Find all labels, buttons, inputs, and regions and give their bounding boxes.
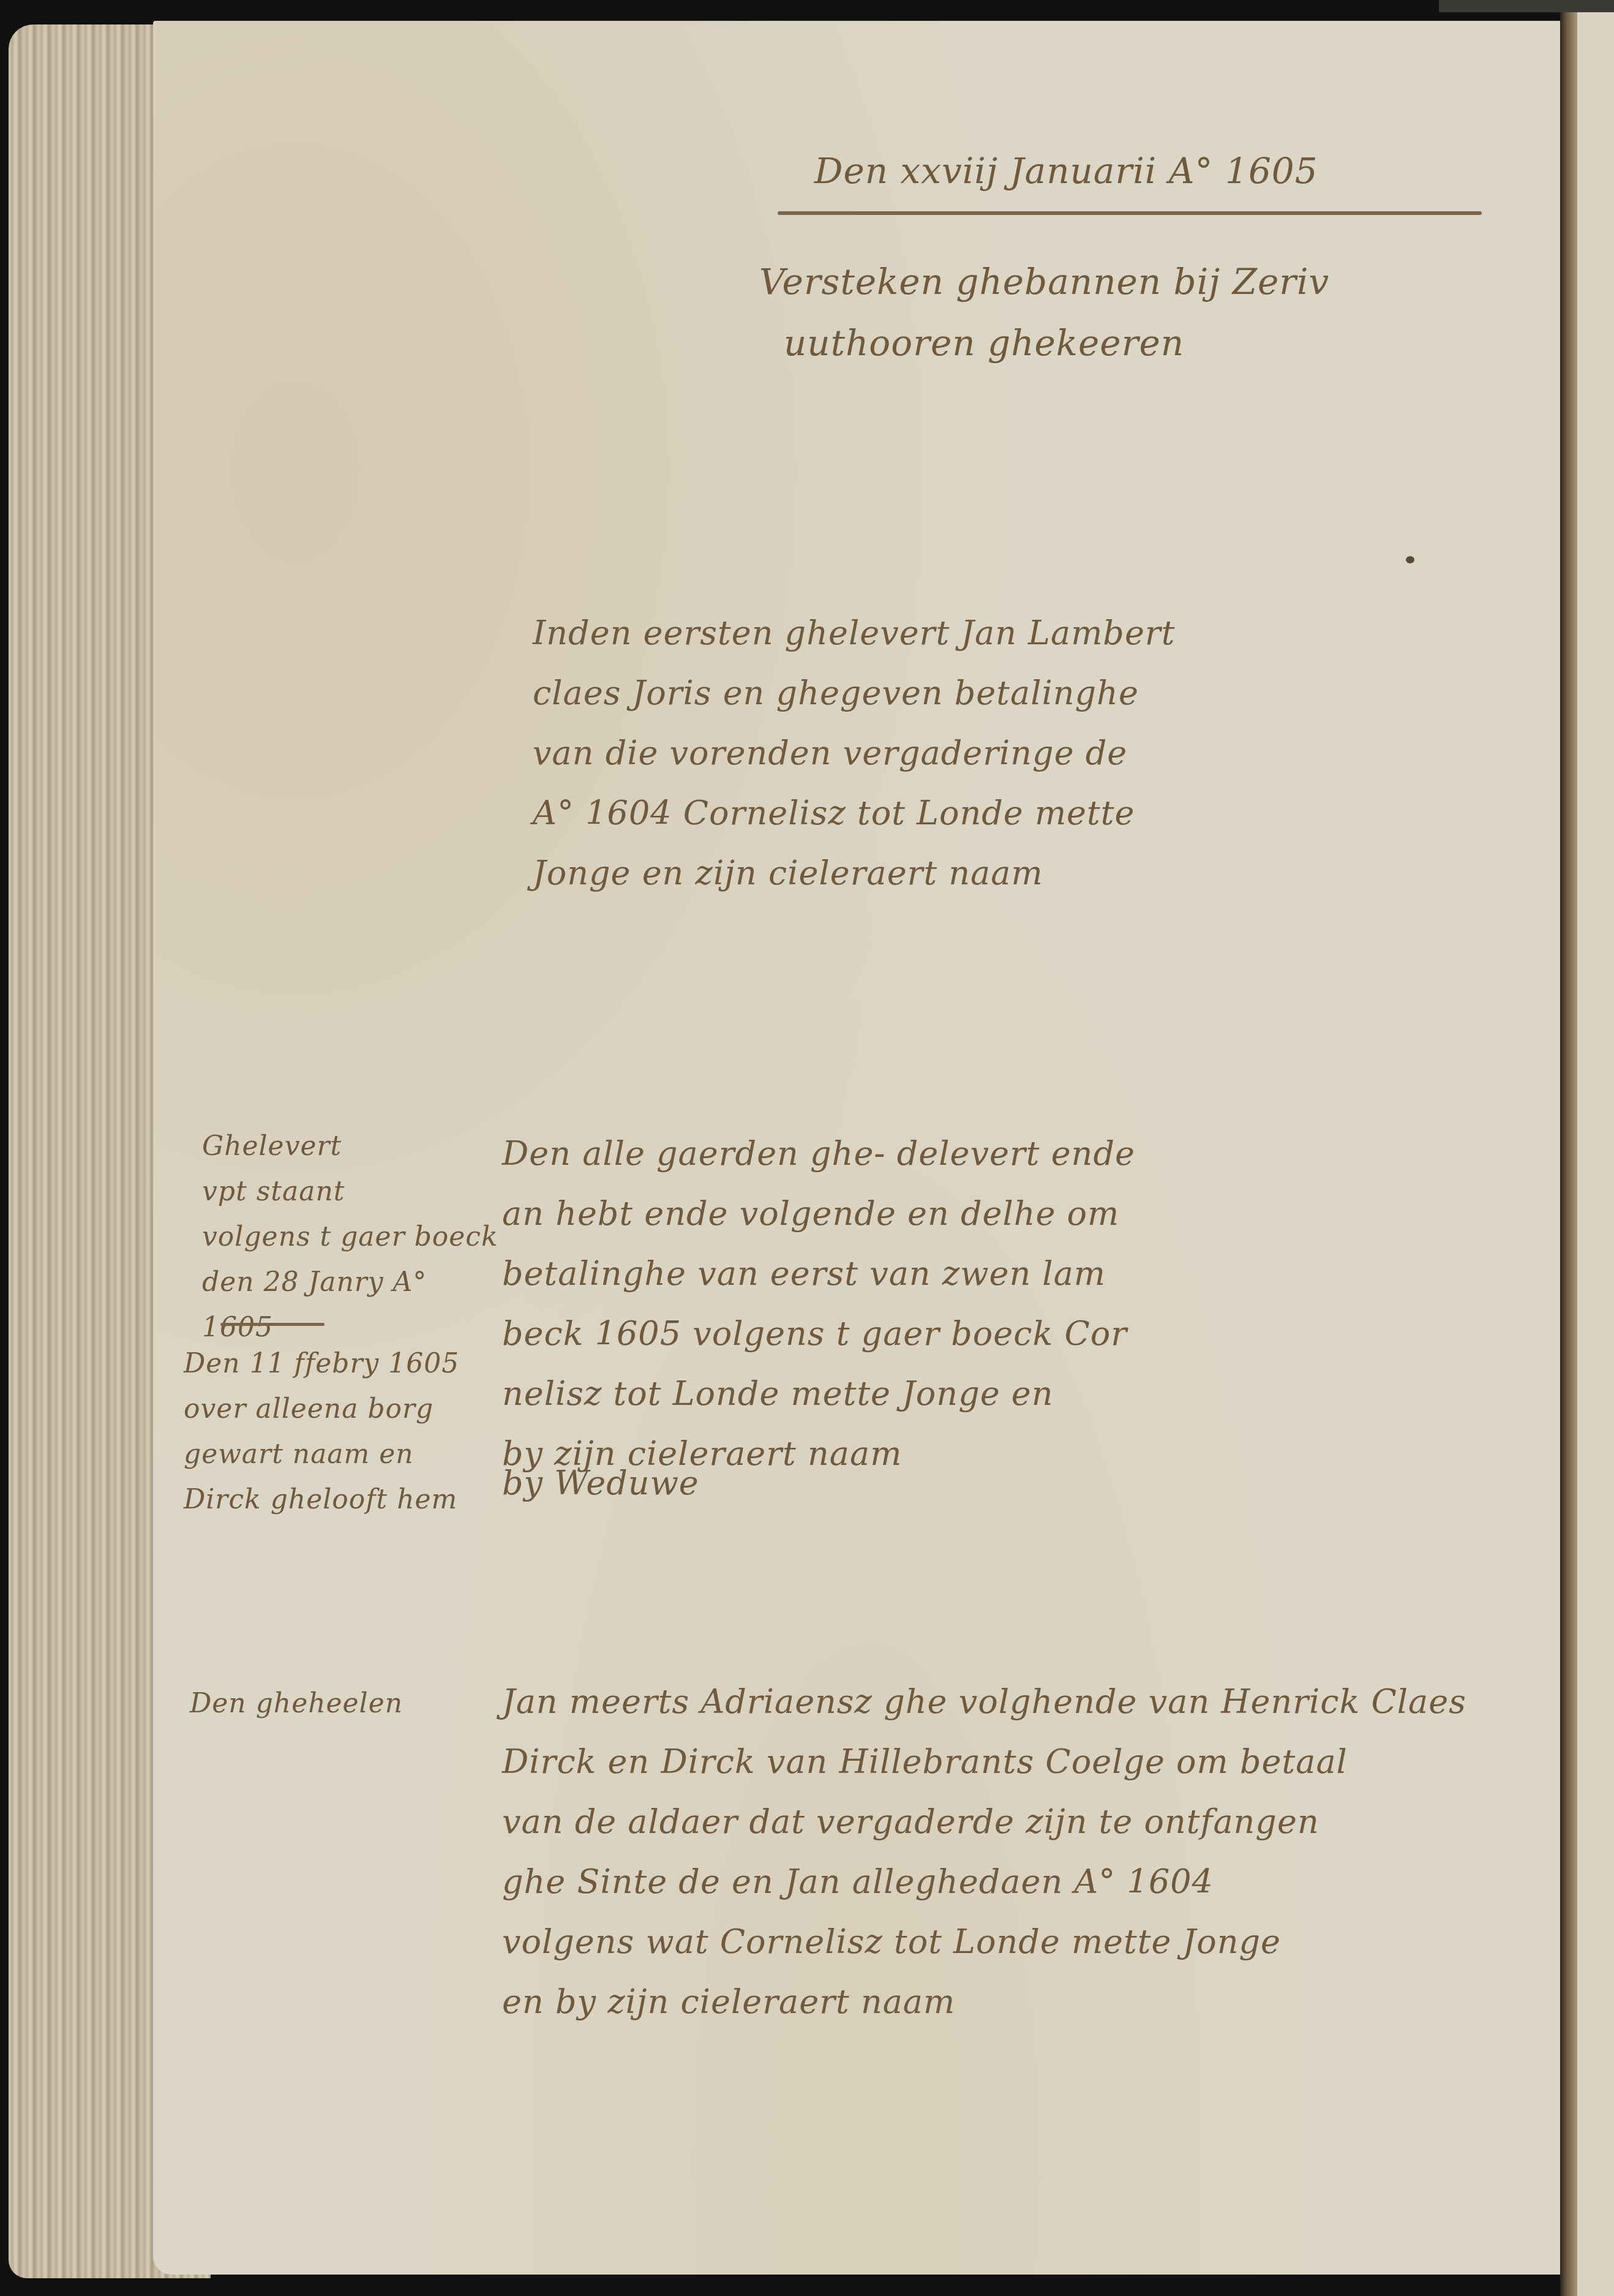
margin-line: Dirck ghelooft hem: [184, 1477, 459, 1523]
entry-line: Jonge en zijn cieleraert naam: [533, 843, 1175, 903]
facing-page-edge: [1577, 12, 1614, 2296]
margin-line: vpt staant: [202, 1169, 498, 1214]
margin-line: gewart naam en: [184, 1432, 459, 1477]
ink-speck: [1406, 556, 1414, 563]
entry-line: Den alle gaerden ghe- delevert ende: [502, 1124, 1135, 1184]
sub-heading-line: uuthooren ghekeeren: [759, 312, 1329, 374]
entry-line: van de aldaer dat vergaderde zijn te ont…: [502, 1792, 1466, 1852]
entry-line: betalinghe van eerst van zwen lam: [502, 1244, 1135, 1304]
margin-line: over alleena borg: [184, 1387, 459, 1432]
entry-line: A° 1604 Cornelisz tot Londe mette: [533, 783, 1175, 843]
entry-3: Jan meerts Adriaensz ghe volghende van H…: [502, 1672, 1466, 2032]
entry-2-tail: by Weduwe: [502, 1464, 699, 1502]
margin-line: volgens t gaer boeck: [202, 1214, 498, 1260]
entry-line: Dirck en Dirck van Hillebrants Coelge om…: [502, 1732, 1466, 1792]
entry-line: claes Joris en ghegeven betalinghe: [533, 663, 1175, 723]
entry-line: an hebt ende volgende en delhe om: [502, 1184, 1135, 1244]
margin-note-entry-3: Den gheheelen: [190, 1681, 403, 1726]
page-heading-date: Den xxviij Januarii A° 1605: [814, 150, 1318, 192]
entry-2: Den alle gaerden ghe- delevert ende an h…: [502, 1124, 1135, 1484]
entry-line: volgens wat Cornelisz tot Londe mette Jo…: [502, 1912, 1466, 1972]
scan-background-edge: [1439, 0, 1614, 12]
heading-underline: [778, 211, 1482, 215]
entry-line: van die vorenden vergaderinge de: [533, 723, 1175, 783]
sub-heading: Versteken ghebannen bij Zeriv uuthooren …: [759, 251, 1329, 374]
entry-line: en by zijn cieleraert naam: [502, 1972, 1466, 2032]
margin-note-entry-2: Ghelevert vpt staant volgens t gaer boec…: [202, 1124, 498, 1350]
margin-note-entry-2b: Den 11 ffebry 1605 over alleena borg gew…: [184, 1341, 459, 1523]
entry-line: nelisz tot Londe mette Jonge en: [502, 1364, 1135, 1424]
entry-line: Jan meerts Adriaensz ghe volghende van H…: [502, 1672, 1466, 1732]
book-gutter: [1560, 12, 1577, 2296]
entry-line: beck 1605 volgens t gaer boeck Cor: [502, 1304, 1135, 1364]
entry-1: Inden eersten ghelevert Jan Lambert clae…: [533, 603, 1175, 903]
margin-line: Ghelevert: [202, 1124, 498, 1169]
entry-line: ghe Sinte de en Jan alleghedaen A° 1604: [502, 1852, 1466, 1912]
margin-underline: [220, 1323, 325, 1326]
margin-line: den 28 Janry A°: [202, 1260, 498, 1305]
margin-line: Den 11 ffebry 1605: [184, 1341, 459, 1387]
sub-heading-line: Versteken ghebannen bij Zeriv: [759, 251, 1329, 312]
entry-line: Inden eersten ghelevert Jan Lambert: [533, 603, 1175, 663]
margin-line: Den gheheelen: [190, 1681, 403, 1726]
